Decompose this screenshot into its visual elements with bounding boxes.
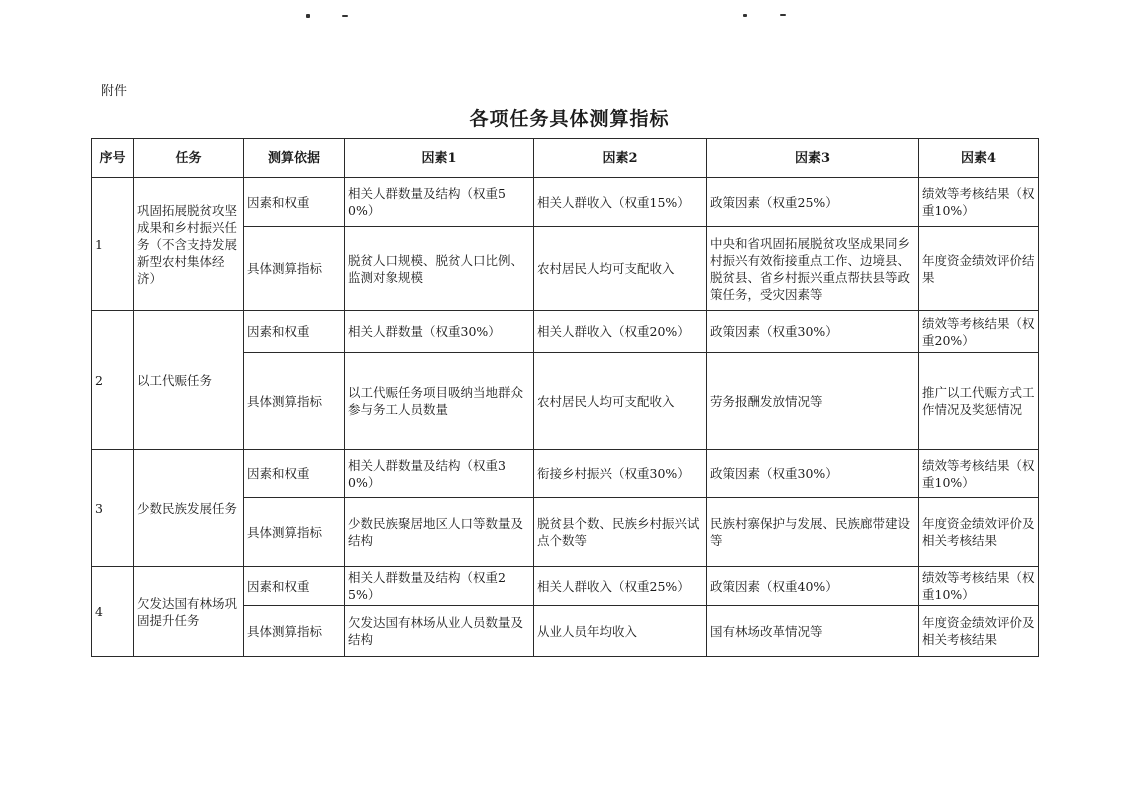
- column-header-task: 任务: [134, 139, 244, 178]
- column-header-factor3: 因素3: [707, 139, 919, 178]
- row-factor3: 政策因素（权重25%）: [707, 178, 919, 227]
- row-factor3: 政策因素（权重30%）: [707, 450, 919, 498]
- row-basis: 因素和权重: [244, 178, 345, 227]
- row-factor1: 欠发达国有林场从业人员数量及结构: [345, 606, 534, 657]
- row-basis: 因素和权重: [244, 567, 345, 606]
- scan-artifact: [780, 14, 786, 16]
- row-factor2: 衔接乡村振兴（权重30%）: [534, 450, 707, 498]
- column-header-factor4: 因素4: [919, 139, 1039, 178]
- attachment-label: 附件: [101, 80, 127, 99]
- row-factor1: 相关人群数量（权重30%）: [345, 311, 534, 353]
- row-factor3: 政策因素（权重30%）: [707, 311, 919, 353]
- row-factor2: 从业人员年均收入: [534, 606, 707, 657]
- row-factor4: 推广以工代赈方式工作情况及奖惩情况: [919, 353, 1039, 450]
- row-factor3: 民族村寨保护与发展、民族廊带建设等: [707, 498, 919, 567]
- row-factor4: 年度资金绩效评价及相关考核结果: [919, 606, 1039, 657]
- scan-artifact: [306, 14, 310, 18]
- column-header-basis: 测算依据: [244, 139, 345, 178]
- table-row: 1 巩固拓展脱贫攻坚成果和乡村振兴任务（不含支持发展新型农村集体经济） 因素和权…: [92, 178, 1039, 227]
- row-factor3: 国有林场改革情况等: [707, 606, 919, 657]
- row-basis: 具体测算指标: [244, 498, 345, 567]
- row-factor4: 年度资金绩效评价结果: [919, 227, 1039, 311]
- row-factor1: 相关人群数量及结构（权重30%）: [345, 450, 534, 498]
- row-factor1: 少数民族聚居地区人口等数量及结构: [345, 498, 534, 567]
- row-factor4: 绩效等考核结果（权重10%）: [919, 567, 1039, 606]
- row-factor2: 农村居民人均可支配收入: [534, 227, 707, 311]
- metrics-table: 序号 任务 测算依据 因素1 因素2 因素3 因素4 1 巩固拓展脱贫攻坚成果和…: [91, 138, 1039, 657]
- row-factor2: 脱贫县个数、民族乡村振兴试点个数等: [534, 498, 707, 567]
- row-basis: 因素和权重: [244, 450, 345, 498]
- column-header-factor1: 因素1: [345, 139, 534, 178]
- row-task: 以工代赈任务: [134, 311, 244, 450]
- row-factor4: 年度资金绩效评价及相关考核结果: [919, 498, 1039, 567]
- row-basis: 具体测算指标: [244, 227, 345, 311]
- scan-artifact: [342, 15, 348, 17]
- row-factor1: 以工代赈任务项目吸纳当地群众参与务工人员数量: [345, 353, 534, 450]
- row-factor4: 绩效等考核结果（权重20%）: [919, 311, 1039, 353]
- scan-artifact: [743, 14, 747, 17]
- row-factor3: 政策因素（权重40%）: [707, 567, 919, 606]
- row-basis: 因素和权重: [244, 311, 345, 353]
- row-factor4: 绩效等考核结果（权重10%）: [919, 178, 1039, 227]
- row-factor2: 农村居民人均可支配收入: [534, 353, 707, 450]
- row-seq: 2: [92, 311, 134, 450]
- row-seq: 3: [92, 450, 134, 567]
- table-header-row: 序号 任务 测算依据 因素1 因素2 因素3 因素4: [92, 139, 1039, 178]
- row-factor3: 劳务报酬发放情况等: [707, 353, 919, 450]
- row-factor1: 相关人群数量及结构（权重25%）: [345, 567, 534, 606]
- row-factor2: 相关人群收入（权重20%）: [534, 311, 707, 353]
- column-header-seq: 序号: [92, 139, 134, 178]
- row-seq: 1: [92, 178, 134, 311]
- table-row: 2 以工代赈任务 因素和权重 相关人群数量（权重30%） 相关人群收入（权重20…: [92, 311, 1039, 353]
- table-row: 3 少数民族发展任务 因素和权重 相关人群数量及结构（权重30%） 衔接乡村振兴…: [92, 450, 1039, 498]
- row-factor2: 相关人群收入（权重15%）: [534, 178, 707, 227]
- row-factor3: 中央和省巩固拓展脱贫攻坚成果同乡村振兴有效衔接重点工作、边境县、脱贫县、省乡村振…: [707, 227, 919, 311]
- column-header-factor2: 因素2: [534, 139, 707, 178]
- row-factor1: 相关人群数量及结构（权重50%）: [345, 178, 534, 227]
- document-title: 各项任务具体测算指标: [0, 104, 1127, 131]
- row-seq: 4: [92, 567, 134, 657]
- row-task: 少数民族发展任务: [134, 450, 244, 567]
- row-factor4: 绩效等考核结果（权重10%）: [919, 450, 1039, 498]
- row-task: 巩固拓展脱贫攻坚成果和乡村振兴任务（不含支持发展新型农村集体经济）: [134, 178, 244, 311]
- row-task: 欠发达国有林场巩固提升任务: [134, 567, 244, 657]
- row-factor2: 相关人群收入（权重25%）: [534, 567, 707, 606]
- table-row: 4 欠发达国有林场巩固提升任务 因素和权重 相关人群数量及结构（权重25%） 相…: [92, 567, 1039, 606]
- row-factor1: 脱贫人口规模、脱贫人口比例、监测对象规模: [345, 227, 534, 311]
- row-basis: 具体测算指标: [244, 606, 345, 657]
- row-basis: 具体测算指标: [244, 353, 345, 450]
